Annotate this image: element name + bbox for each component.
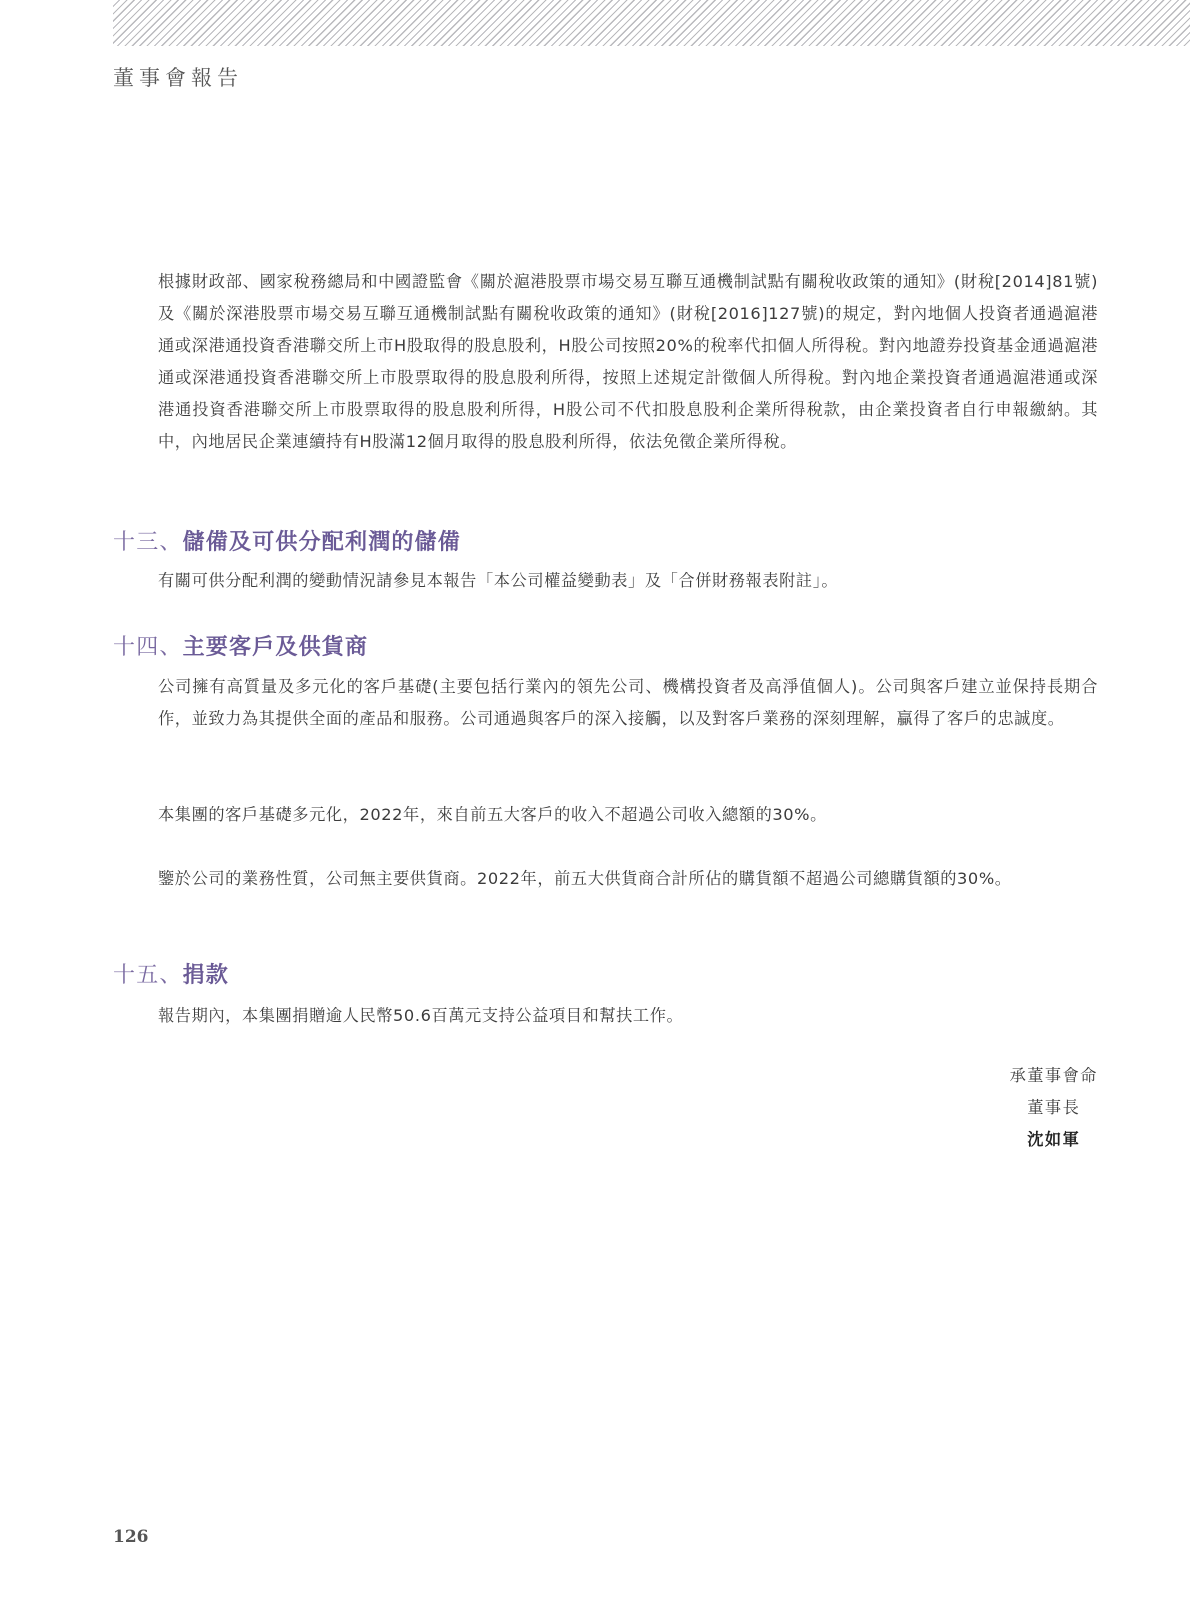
section-title: 儲備及可供分配利潤的儲備 [183, 530, 461, 555]
section-heading-13: 十三、儲備及可供分配利潤的儲備 [113, 525, 461, 556]
section-heading-14: 十四、主要客戶及供貨商 [113, 630, 368, 661]
reserves-paragraph: 有關可供分配利潤的變動情況請參見本報告「本公司權益變動表」及「合併財務報表附註」… [158, 565, 1098, 597]
section-number: 十四、 [113, 635, 183, 660]
donations-paragraph: 報告期內，本集團捐贈逾人民幣50.6百萬元支持公益項目和幫扶工作。 [158, 1000, 1098, 1032]
tax-policy-paragraph: 根據財政部、國家稅務總局和中國證監會《關於滬港股票市場交易互聯互通機制試點有關稅… [158, 266, 1098, 458]
section-title: 主要客戶及供貨商 [183, 635, 369, 660]
section-number: 十五、 [113, 963, 183, 988]
customer-base-paragraph: 公司擁有高質量及多元化的客戶基礎(主要包括行業內的領先公司、機構投資者及高淨值個… [158, 671, 1098, 735]
section-number: 十三、 [113, 530, 183, 555]
header-hatch-band [113, 0, 1190, 46]
signature-by-order: 承董事會命 [1010, 1060, 1098, 1092]
running-header-title: 董事會報告 [113, 62, 243, 92]
section-heading-15: 十五、捐款 [113, 958, 229, 989]
page-number: 126 [113, 1527, 149, 1547]
section-title: 捐款 [183, 963, 229, 988]
signature-name: 沈如軍 [1010, 1124, 1098, 1156]
suppliers-paragraph: 鑒於公司的業務性質，公司無主要供貨商。2022年，前五大供貨商合計所佔的購貨額不… [158, 863, 1098, 895]
top-customers-paragraph: 本集團的客戶基礎多元化，2022年，來自前五大客戶的收入不超過公司收入總額的30… [158, 799, 1098, 831]
signature-title: 董事長 [1010, 1092, 1098, 1124]
signature-block: 承董事會命 董事長 沈如軍 [1010, 1060, 1098, 1156]
